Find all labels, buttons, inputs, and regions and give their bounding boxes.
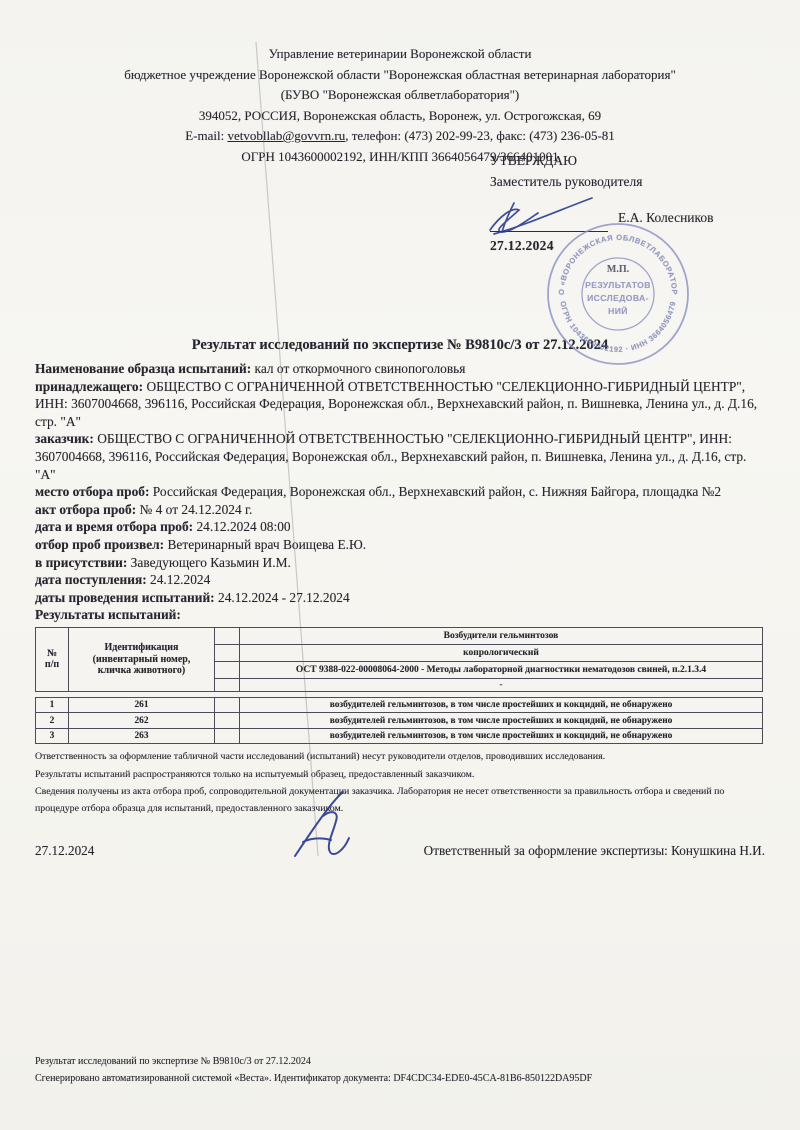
org-authority-line: Управление ветеринарии Воронежской облас… (35, 44, 765, 65)
page-footer: Результат исследований по экспертизе № В… (35, 1054, 592, 1087)
signoff-row: 27.12.2024 Ответственный за оформление э… (35, 843, 765, 859)
spacer-cell (215, 678, 240, 691)
witness-row: в присутствии: Заведующего Казьмин И.М. (35, 554, 765, 572)
sampler-row: отбор проб произвел: Ветеринарный врач В… (35, 536, 765, 554)
disclaimer-notes: Ответственность за оформление табличной … (35, 749, 765, 817)
org-name-line: бюджетное учреждение Воронежской области… (35, 65, 765, 86)
responsible-signature (285, 788, 370, 863)
method-standard-header: ОСТ 9388-022-00008064-2000 - Методы лабо… (240, 661, 763, 678)
stamp-center-line-1: РЕЗУЛЬТАТОВ (585, 280, 651, 290)
spacer-cell (215, 661, 240, 678)
method-dash-row: - (240, 678, 763, 691)
test-result: возбудителей гельминтозов, в том числе п… (240, 697, 763, 713)
footer-document-reference: Результат исследований по экспертизе № В… (35, 1054, 592, 1071)
test-dates-row: даты проведения испытаний: 24.12.2024 - … (35, 589, 765, 607)
row-number: 1 (36, 697, 69, 713)
animal-id: 261 (69, 697, 215, 713)
footer-generated-by: Сгенерировано автоматизированной системо… (35, 1071, 592, 1088)
stamp-center-line-2: ИССЛЕДОВА- (587, 293, 649, 303)
organization-header: Управление ветеринарии Воронежской облас… (35, 44, 765, 167)
row-number: 3 (36, 728, 69, 744)
animal-id: 263 (69, 728, 215, 744)
method-group-header: Возбудители гельминтозов (240, 627, 763, 644)
sampling-datetime-row: дата и время отбора проб: 24.12.2024 08:… (35, 518, 765, 536)
results-table: № п/п Идентификация (инвентарный номер, … (35, 627, 765, 745)
email-label: E-mail: (185, 128, 224, 143)
table-row: 1 261 возбудителей гельминтозов, в том ч… (36, 697, 763, 713)
spacer-cell (215, 713, 240, 729)
spacer-cell (215, 728, 240, 744)
signoff-date: 27.12.2024 (35, 843, 94, 859)
note-responsibility: Ответственность за оформление табличной … (35, 749, 765, 766)
col-header-number: № п/п (36, 627, 69, 691)
responsible-person: Ответственный за оформление экспертизы: … (424, 843, 765, 859)
mp-place-of-seal-label: М.П. (607, 264, 630, 275)
org-contacts-line: E-mail: vetvobllab@govvrn.ru, телефон: (… (35, 126, 765, 147)
email-link[interactable]: vetvobllab@govvrn.ru (227, 128, 345, 143)
sampling-act-row: акт отбора проб: № 4 от 24.12.2024 г. (35, 501, 765, 519)
phone-fax-text: , телефон: (473) 202-99-23, факс: (473) … (345, 128, 615, 143)
spacer-cell (215, 627, 240, 644)
results-section-label: Результаты испытаний: (35, 606, 765, 624)
stamp-center-line-3: НИЙ (608, 305, 628, 316)
table-row: 2 262 возбудителей гельминтозов, в том ч… (36, 713, 763, 729)
note-sampling-info: Сведения получены из акта отбора проб, с… (35, 784, 765, 817)
official-round-stamp: БУВО «ВОРОНЕЖСКАЯ ОБЛВЕТЛАБОРАТОРИЯ» ОГР… (508, 184, 728, 404)
test-result: возбудителей гельминтозов, в том числе п… (240, 713, 763, 729)
results-table-body: 1 261 возбудителей гельминтозов, в том ч… (35, 697, 763, 745)
note-scope: Результаты испытаний распространяются то… (35, 767, 765, 784)
results-table-header: № п/п Идентификация (инвентарный номер, … (35, 627, 763, 692)
stamp-rim-top-text: БУВО «ВОРОНЕЖСКАЯ ОБЛВЕТЛАБОРАТОРИЯ» (508, 184, 679, 295)
approve-label: УТВЕРЖДАЮ (490, 150, 770, 171)
row-number: 2 (36, 713, 69, 729)
sampling-place-row: место отбора проб: Российская Федерация,… (35, 483, 765, 501)
org-short-name-line: (БУВО "Воронежская облветлаборатория") (35, 85, 765, 106)
spacer-cell (215, 644, 240, 661)
method-type-header: копрологический (240, 644, 763, 661)
org-address-line: 394052, РОССИЯ, Воронежская область, Вор… (35, 106, 765, 127)
svg-text:БУВО «ВОРОНЕЖСКАЯ ОБЛВЕТЛАБОРА: БУВО «ВОРОНЕЖСКАЯ ОБЛВЕТЛАБОРАТОРИЯ» (508, 184, 679, 295)
spacer-cell (215, 697, 240, 713)
animal-id: 262 (69, 713, 215, 729)
scanned-document-page: Управление ветеринарии Воронежской облас… (0, 0, 800, 1130)
test-result: возбудителей гельминтозов, в том числе п… (240, 728, 763, 744)
table-row: 3 263 возбудителей гельминтозов, в том ч… (36, 728, 763, 744)
customer-row: заказчик: ОБЩЕСТВО С ОГРАНИЧЕННОЙ ОТВЕТС… (35, 430, 765, 483)
receipt-date-row: дата поступления: 24.12.2024 (35, 571, 765, 589)
col-header-identification: Идентификация (инвентарный номер, кличка… (69, 627, 215, 691)
